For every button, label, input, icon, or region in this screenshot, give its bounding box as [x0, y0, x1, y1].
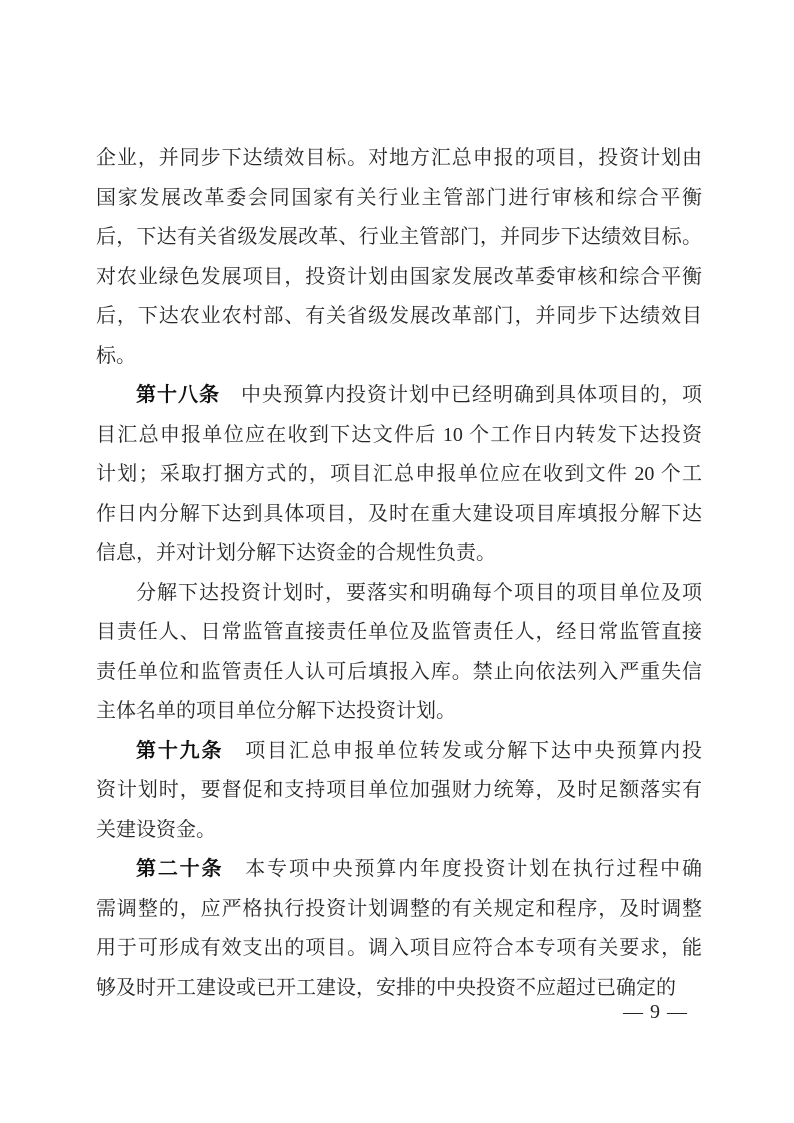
article-number-label: 第十八条 — [136, 384, 220, 406]
text-line: 后，下达有关省级发展改革、行业主管部门，并同步下达绩效目标。 — [96, 218, 702, 258]
document-body: 企业，并同步下达绩效目标。对地方汇总申报的项目，投资计划由国家发展改革委会同国家… — [96, 139, 702, 1008]
paragraph: 分解下达投资计划时，要落实和明确每个项目的项目单位及项目责任人、日常监管直接责任… — [96, 574, 702, 732]
text-line: 对农业绿色发展项目，投资计划由国家发展改革委审核和综合平衡 — [96, 258, 702, 298]
text-line: 企业，并同步下达绩效目标。对地方汇总申报的项目，投资计划由 — [96, 139, 702, 179]
article-number-label: 第二十条 — [136, 858, 223, 880]
text-line: 责任单位和监管责任人认可后填报入库。禁止向依法列入严重失信 — [96, 653, 702, 693]
text-line: 第十八条 中央预算内投资计划中已经明确到具体项目的，项 — [96, 376, 702, 416]
article-number-label: 第十九条 — [136, 740, 223, 762]
paragraph: 第二十条 本专项中央预算内年度投资计划在执行过程中确需调整的，应严格执行投资计划… — [96, 850, 702, 1008]
text-line: 主体名单的项目单位分解下达投资计划。 — [96, 692, 702, 732]
document-page: 企业，并同步下达绩效目标。对地方汇总申报的项目，投资计划由国家发展改革委会同国家… — [0, 0, 794, 1123]
text-line: 用于可形成有效支出的项目。调入项目应符合本专项有关要求，能 — [96, 929, 702, 969]
text-line: 第十九条 项目汇总申报单位转发或分解下达中央预算内投 — [96, 732, 702, 772]
text-line: 信息，并对计划分解下达资金的合规性负责。 — [96, 534, 702, 574]
text-line: 分解下达投资计划时，要落实和明确每个项目的项目单位及项 — [96, 574, 702, 614]
text-line: 需调整的，应严格执行投资计划调整的有关规定和程序，及时调整 — [96, 890, 702, 930]
text-line: 计划；采取打捆方式的，项目汇总申报单位应在收到文件 20 个工 — [96, 455, 702, 495]
text-line: 国家发展改革委会同国家有关行业主管部门进行审核和综合平衡 — [96, 179, 702, 219]
text-line: 够及时开工建设或已开工建设，安排的中央投资不应超过已确定的 — [96, 969, 702, 1009]
paragraph: 企业，并同步下达绩效目标。对地方汇总申报的项目，投资计划由国家发展改革委会同国家… — [96, 139, 702, 376]
paragraph: 第十九条 项目汇总申报单位转发或分解下达中央预算内投资计划时，要督促和支持项目单… — [96, 732, 702, 851]
text-line: 标。 — [96, 337, 702, 377]
text-line: 目责任人、日常监管直接责任单位及监管责任人，经日常监管直接 — [96, 613, 702, 653]
text-line: 目汇总申报单位应在收到下达文件后 10 个工作日内转发下达投资 — [96, 416, 702, 456]
paragraph: 第十八条 中央预算内投资计划中已经明确到具体项目的，项目汇总申报单位应在收到下达… — [96, 376, 702, 574]
text-line: 第二十条 本专项中央预算内年度投资计划在执行过程中确 — [96, 850, 702, 890]
text-line: 关建设资金。 — [96, 811, 702, 851]
page-number: — 9 — — [623, 999, 688, 1025]
text-line: 后，下达农业农村部、有关省级发展改革部门，并同步下达绩效目 — [96, 297, 702, 337]
text-line: 作日内分解下达到具体项目，及时在重大建设项目库填报分解下达 — [96, 495, 702, 535]
text-line: 资计划时，要督促和支持项目单位加强财力统筹，及时足额落实有 — [96, 771, 702, 811]
